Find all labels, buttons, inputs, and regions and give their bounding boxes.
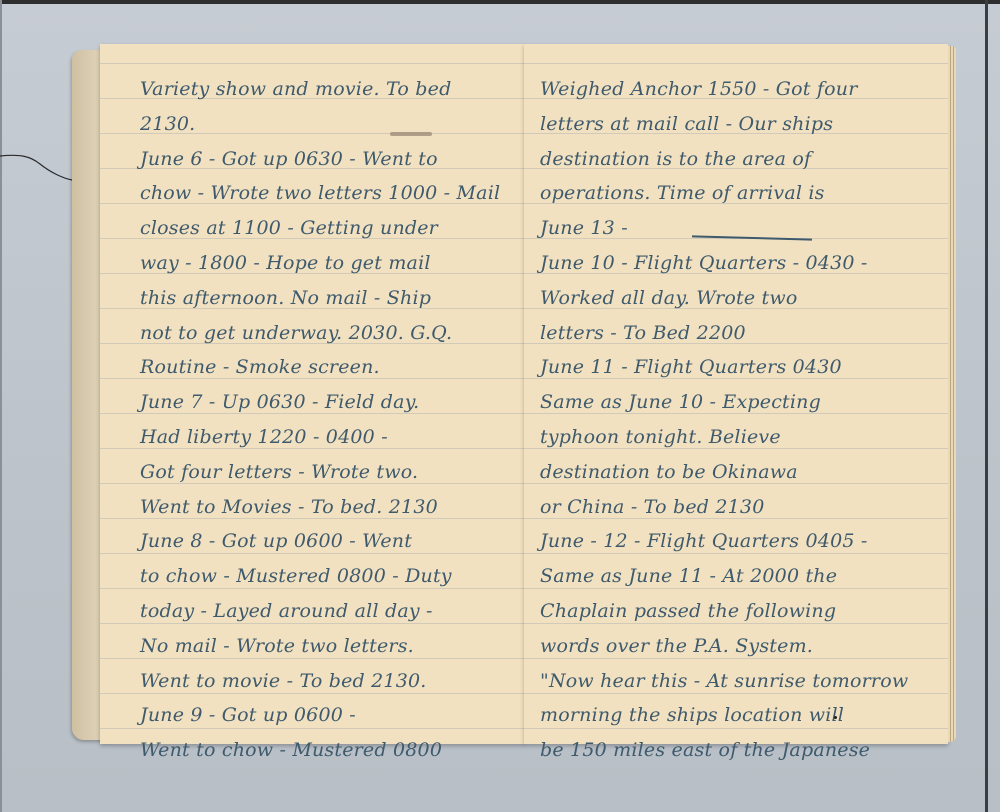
diary-line: or China - To bed 2130 <box>540 490 928 525</box>
diary-line: June 9 - Got up 0600 - <box>140 698 510 733</box>
right-page: Weighed Anchor 1550 - Got four letters a… <box>524 44 948 744</box>
diary-line: June 8 - Got up 0600 - Went <box>140 524 510 559</box>
diary-line: Worked all day. Wrote two <box>540 281 928 316</box>
diary-line: Went to movie - To bed 2130. <box>140 664 510 699</box>
diary-line: Went to chow - Mustered 0800 <box>140 733 510 768</box>
page-edges <box>948 46 956 742</box>
diary-line: today - Layed around all day - <box>140 594 510 629</box>
scanner-right-edge <box>985 0 988 812</box>
scanner-top-edge <box>0 0 1000 4</box>
diary-line: No mail - Wrote two letters. <box>140 629 510 664</box>
stray-thread-icon <box>0 152 72 182</box>
diary-line: Same as June 11 - At 2000 the <box>540 559 928 594</box>
diary-line: Weighed Anchor 1550 - Got four <box>540 72 928 107</box>
diary-line: chow - Wrote two letters 1000 - Mail <box>140 176 510 211</box>
diary-line: June 10 - Flight Quarters - 0430 - <box>540 246 928 281</box>
diary-line: June 7 - Up 0630 - Field day. <box>140 385 510 420</box>
diary-line: to chow - Mustered 0800 - Duty <box>140 559 510 594</box>
diary-line: June 11 - Flight Quarters 0430 <box>540 350 928 385</box>
left-page-lines: Variety show and movie. To bed 2130. Jun… <box>140 72 510 768</box>
ink-speck <box>834 716 837 719</box>
diary-line: Got four letters - Wrote two. <box>140 455 510 490</box>
diary-line: not to get underway. 2030. G.Q. <box>140 316 510 351</box>
diary-line: destination is to the area of <box>540 142 928 177</box>
diary-line: typhoon tonight. Believe <box>540 420 928 455</box>
diary-line: June - 12 - Flight Quarters 0405 - <box>540 524 928 559</box>
diary-line: "Now hear this - At sunrise tomorrow <box>540 664 928 699</box>
diary-line: Same as June 10 - Expecting <box>540 385 928 420</box>
scanner-left-edge <box>0 0 2 812</box>
diary-line: operations. Time of arrival is <box>540 176 928 211</box>
diary-line: Variety show and movie. To bed <box>140 72 510 107</box>
diary-line: destination to be Okinawa <box>540 455 928 490</box>
diary-line: morning the ships location will <box>540 698 928 733</box>
diary-line: June 13 - <box>540 211 928 246</box>
diary-line: this afternoon. No mail - Ship <box>140 281 510 316</box>
diary-line: way - 1800 - Hope to get mail <box>140 246 510 281</box>
diary-line: closes at 1100 - Getting under <box>140 211 510 246</box>
diary-line: Went to Movies - To bed. 2130 <box>140 490 510 525</box>
right-page-lines: Weighed Anchor 1550 - Got four letters a… <box>540 72 928 768</box>
diary-line: June 6 - Got up 0630 - Went to <box>140 142 510 177</box>
diary-line: letters at mail call - Our ships <box>540 107 928 142</box>
diary-line: Chaplain passed the following <box>540 594 928 629</box>
diary-line: Had liberty 1220 - 0400 - <box>140 420 510 455</box>
open-notebook: Variety show and movie. To bed 2130. Jun… <box>72 44 960 748</box>
diary-line: be 150 miles east of the Japanese <box>540 733 928 768</box>
diary-line: Routine - Smoke screen. <box>140 350 510 385</box>
left-page: Variety show and movie. To bed 2130. Jun… <box>100 44 525 744</box>
diary-line: 2130. <box>140 107 510 142</box>
diary-line: letters - To Bed 2200 <box>540 316 928 351</box>
diary-line: words over the P.A. System. <box>540 629 928 664</box>
